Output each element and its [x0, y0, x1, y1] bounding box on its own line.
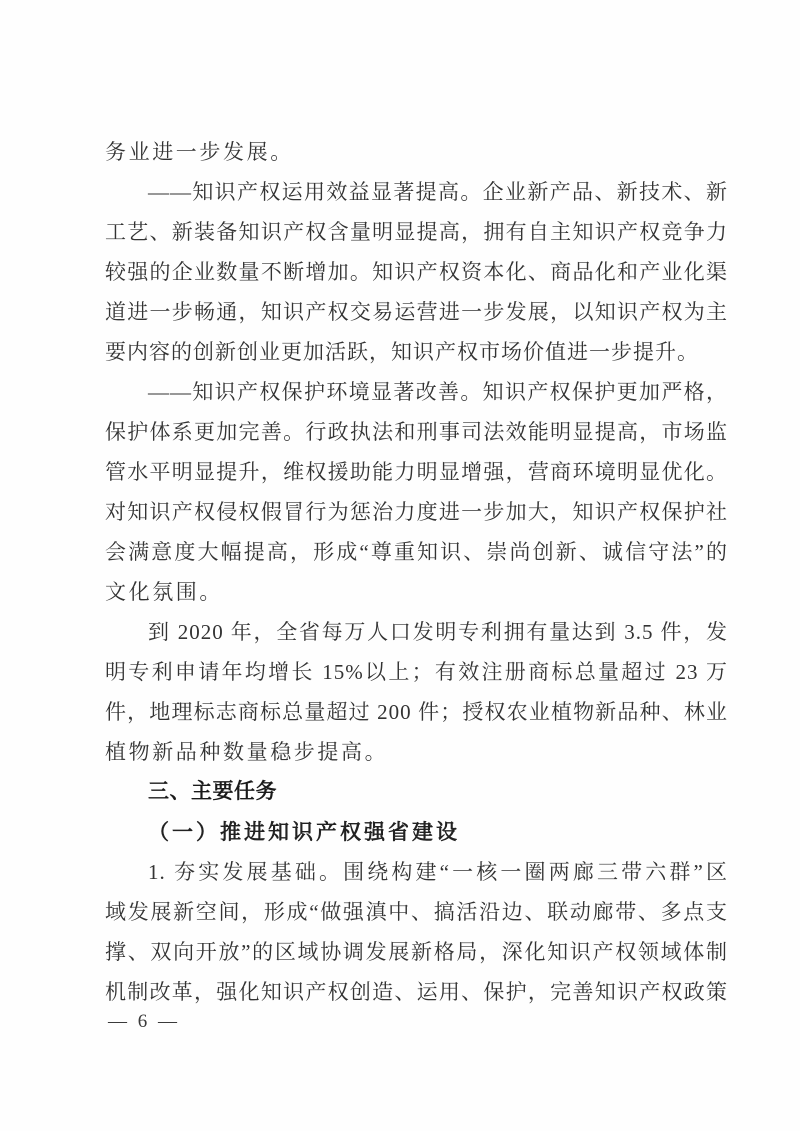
text-line: 植物新品种数量稳步提高。	[105, 732, 728, 772]
page-number: — 6 —	[108, 1011, 180, 1032]
text-line: 道进一步畅通，知识产权交易运营进一步发展，以知识产权为主	[105, 292, 728, 332]
text-line: 到 2020 年，全省每万人口发明专利拥有量达到 3.5 件，发	[105, 612, 728, 652]
heading2-line: （一）推进知识产权强省建设	[105, 812, 728, 852]
text-line: ——知识产权运用效益显著提高。企业新产品、新技术、新	[105, 172, 728, 212]
text-line: 1. 夯实发展基础。围绕构建“一核一圈两廊三带六群”区	[105, 852, 728, 892]
text-line: 保护体系更加完善。行政执法和刑事司法效能明显提高，市场监	[105, 412, 728, 452]
text-line: 要内容的创新创业更加活跃，知识产权市场价值进一步提升。	[105, 332, 728, 372]
text-line: 对知识产权侵权假冒行为惩治力度进一步加大，知识产权保护社	[105, 492, 728, 532]
text-line: 会满意度大幅提高，形成“尊重知识、崇尚创新、诚信守法”的	[105, 532, 728, 572]
text-line: 管水平明显提升，维权援助能力明显增强，营商环境明显优化。	[105, 452, 728, 492]
text-line: 件，地理标志商标总量超过 200 件；授权农业植物新品种、林业	[105, 692, 728, 732]
document-page: 务业进一步发展。——知识产权运用效益显著提高。企业新产品、新技术、新工艺、新装备…	[0, 0, 800, 1131]
text-line: 较强的企业数量不断增加。知识产权资本化、商品化和产业化渠	[105, 252, 728, 292]
text-line: 务业进一步发展。	[105, 132, 728, 172]
heading1-line: 三、主要任务	[105, 772, 728, 812]
text-line: 明专利申请年均增长 15%以上；有效注册商标总量超过 23 万	[105, 652, 728, 692]
page-footer: — 6 —	[108, 1008, 180, 1036]
text-line: ——知识产权保护环境显著改善。知识产权保护更加严格，	[105, 372, 728, 412]
text-line: 域发展新空间，形成“做强滇中、搞活沿边、联动廊带、多点支	[105, 892, 728, 932]
text-line: 撑、双向开放”的区域协调发展新格局，深化知识产权领域体制	[105, 932, 728, 972]
text-line: 文化氛围。	[105, 572, 728, 612]
document-body: 务业进一步发展。——知识产权运用效益显著提高。企业新产品、新技术、新工艺、新装备…	[105, 132, 728, 1012]
text-line: 工艺、新装备知识产权含量明显提高，拥有自主知识产权竞争力	[105, 212, 728, 252]
text-line: 机制改革，强化知识产权创造、运用、保护，完善知识产权政策	[105, 972, 728, 1012]
